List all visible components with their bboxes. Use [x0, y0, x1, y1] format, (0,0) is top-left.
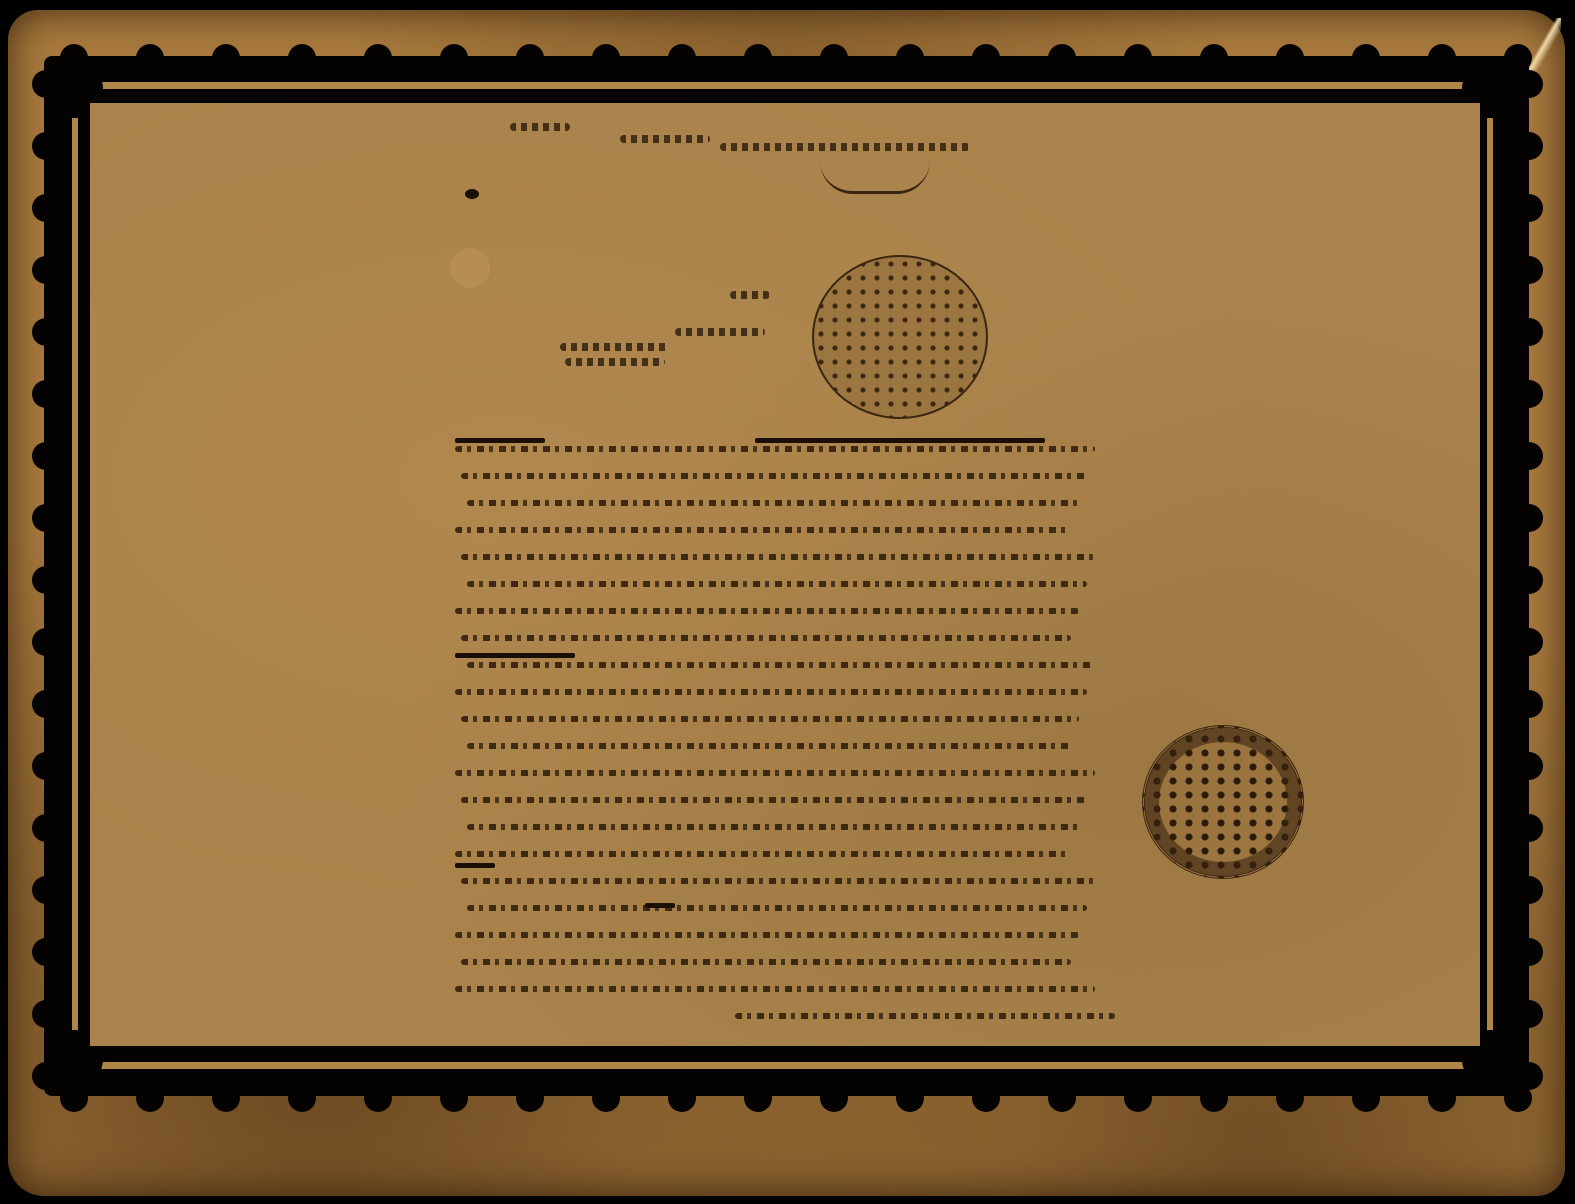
- frame-scallop: [744, 44, 772, 72]
- frame-scallop: [1428, 1084, 1456, 1112]
- manuscript-text-line: [467, 500, 1079, 506]
- manuscript-text-line: [461, 959, 1071, 965]
- ink-underline: [455, 863, 495, 868]
- frame-scallop: [32, 938, 60, 966]
- frame-scallop: [60, 1084, 88, 1112]
- ink-blot: [465, 189, 479, 199]
- frame-scallop: [516, 1084, 544, 1112]
- frame-scallop: [1515, 380, 1543, 408]
- manuscript-text-line: [461, 797, 1087, 803]
- frame-scallop: [1515, 876, 1543, 904]
- frame-scallop: [32, 628, 60, 656]
- frame-scallop: [1428, 44, 1456, 72]
- frame-scallop: [972, 44, 1000, 72]
- frame-scallop: [592, 1084, 620, 1112]
- frame-scallop: [1200, 1084, 1228, 1112]
- frame-scallop: [1124, 44, 1152, 72]
- ink-underline: [645, 903, 675, 908]
- frame-scallop: [516, 44, 544, 72]
- marginal-annotation: [730, 291, 770, 299]
- frame-scallop: [744, 1084, 772, 1112]
- frame-scallop: [32, 194, 60, 222]
- manuscript-text-line: [455, 986, 1095, 992]
- frame-scallop: [32, 504, 60, 532]
- manuscript-text-line: [467, 581, 1087, 587]
- frame-scallop: [1515, 504, 1543, 532]
- frame-scallop: [1048, 1084, 1076, 1112]
- manuscript-text-line: [467, 743, 1071, 749]
- frame-scallop: [1352, 44, 1380, 72]
- frame-scallop: [32, 876, 60, 904]
- frame-scallop: [136, 44, 164, 72]
- frame-scallop: [364, 1084, 392, 1112]
- frame-scallop: [288, 1084, 316, 1112]
- frame-scallop: [1276, 44, 1304, 72]
- frame-scallop: [288, 44, 316, 72]
- frame-scallop: [1515, 1062, 1543, 1090]
- frame-scallop: [1515, 566, 1543, 594]
- manuscript-text-line: [461, 554, 1095, 560]
- frame-scallop: [32, 132, 60, 160]
- manuscript-text-line: [461, 878, 1095, 884]
- ink-underline: [455, 438, 545, 443]
- frame-scallop: [1515, 442, 1543, 470]
- manuscript-paper: [90, 103, 1480, 1046]
- frame-rule-left: [72, 118, 78, 1033]
- manuscript-text-line: [455, 527, 1071, 533]
- main-text-block: [455, 438, 1115, 1038]
- frame-rule-top: [100, 82, 1475, 89]
- frame-scallop: [1048, 44, 1076, 72]
- frame-scallop: [32, 814, 60, 842]
- manuscript-text-line: [735, 1013, 1115, 1019]
- frame-scallop: [32, 752, 60, 780]
- frame-scallop: [1276, 1084, 1304, 1112]
- header-calligraphy: [510, 123, 570, 131]
- ink-underline: [755, 438, 1045, 443]
- frame-scallop: [1515, 814, 1543, 842]
- header-calligraphy: [720, 143, 970, 151]
- frame-scallop: [32, 690, 60, 718]
- frame-scallop: [1124, 1084, 1152, 1112]
- frame-scallop: [440, 44, 468, 72]
- frame-scallop: [1352, 1084, 1380, 1112]
- frame-scallop: [668, 1084, 696, 1112]
- manuscript-text-line: [455, 770, 1095, 776]
- manuscript-text-line: [461, 635, 1071, 641]
- frame-scallop: [212, 1084, 240, 1112]
- marginal-annotation: [565, 358, 665, 366]
- frame-scallop: [212, 44, 240, 72]
- frame-scallop: [440, 1084, 468, 1112]
- frame-scallop: [32, 380, 60, 408]
- frame-scallop: [592, 44, 620, 72]
- frame-scallop: [32, 318, 60, 346]
- frame-scallop: [1515, 1000, 1543, 1028]
- marginal-annotation: [560, 343, 670, 351]
- frame-scallop: [1515, 194, 1543, 222]
- header-calligraphy: [620, 135, 710, 143]
- frame-scallop: [32, 566, 60, 594]
- frame-scallop: [32, 256, 60, 284]
- frame-scallop: [1515, 256, 1543, 284]
- manuscript-text-line: [455, 689, 1087, 695]
- frame-scallop: [1515, 938, 1543, 966]
- manuscript-text-line: [455, 932, 1079, 938]
- frame-scallop: [136, 1084, 164, 1112]
- manuscript-text-line: [467, 905, 1087, 911]
- frame-scallop: [1515, 628, 1543, 656]
- frame-scallop: [1515, 752, 1543, 780]
- frame-rule-right: [1487, 118, 1493, 1033]
- manuscript-text-line: [455, 851, 1071, 857]
- large-seal: [812, 255, 988, 419]
- frame-scallop: [820, 44, 848, 72]
- frame-rule-bottom: [100, 1062, 1475, 1069]
- ink-underline: [455, 653, 575, 658]
- frame-scallop: [1515, 318, 1543, 346]
- manuscript-text-line: [455, 608, 1079, 614]
- manuscript-text-line: [467, 662, 1095, 668]
- paper-stain: [450, 248, 490, 288]
- frame-scallop: [1200, 44, 1228, 72]
- small-seal: [1142, 725, 1304, 879]
- frame-scallop: [1515, 690, 1543, 718]
- frame-scallop: [32, 442, 60, 470]
- header-flourish: [820, 161, 930, 194]
- frame-scallop: [1515, 132, 1543, 160]
- manuscript-text-line: [461, 473, 1087, 479]
- frame-scallop: [364, 44, 392, 72]
- frame-scallop: [972, 1084, 1000, 1112]
- manuscript-text-line: [467, 824, 1079, 830]
- manuscript-text-line: [461, 716, 1079, 722]
- frame-scallop: [820, 1084, 848, 1112]
- marginal-annotation: [675, 328, 765, 336]
- frame-scallop: [896, 44, 924, 72]
- frame-scallop: [32, 1000, 60, 1028]
- frame-scallop: [896, 1084, 924, 1112]
- frame-scallop: [668, 44, 696, 72]
- manuscript-text-line: [455, 446, 1095, 452]
